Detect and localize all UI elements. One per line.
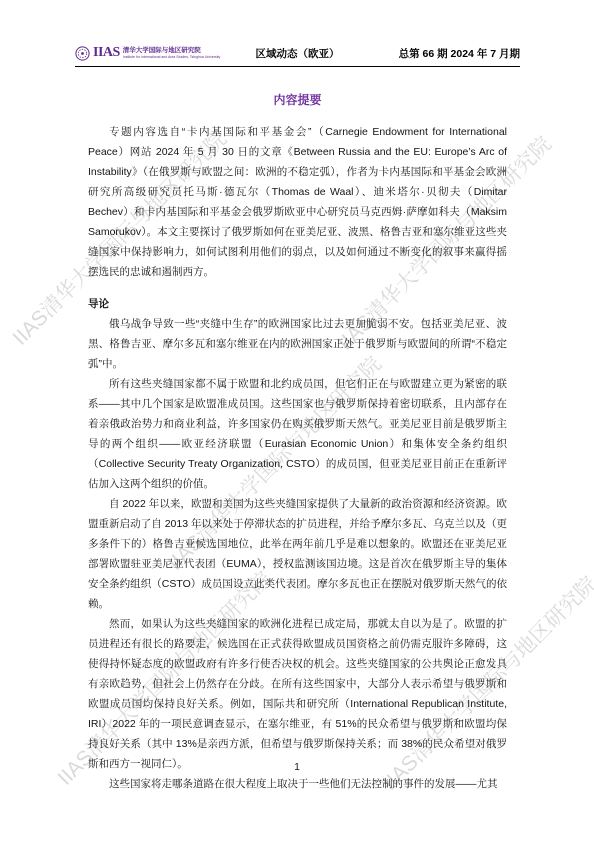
body-paragraph: 这些国家将走哪条道路在很大程度上取决于一些他们无法控制的事件的发展——尤其 [88, 774, 507, 794]
section-heading-introduction: 导论 [88, 294, 507, 314]
body-paragraph: 所有这些夹缝国家都不属于欧盟和北约成员国，但它们正在与欧盟建立更为紧密的联系——… [88, 374, 507, 494]
body-paragraph: 然而，如果认为这些夹缝国家的欧洲化进程已成定局，那就太自以为是了。欧盟的扩员进程… [88, 614, 507, 774]
page-number: 1 [294, 762, 300, 773]
document-body: 内容提要 专题内容选自“卡内基国际和平基金会”（Carnegie Endowme… [88, 92, 507, 794]
summary-paragraph: 专题内容选自“卡内基国际和平基金会”（Carnegie Endowment fo… [88, 122, 507, 282]
page-header: IIAS 清华大学国际与地区研究院 Institute for Internat… [75, 42, 520, 64]
body-paragraph: 自 2022 年以来，欧盟和美国为这些夹缝国家提供了大量新的政治资源和经济资源。… [88, 494, 507, 614]
document-page: IIAS清华大学国际与地区研究院IIAS清华大学国际与地区研究院IIAS清华大学… [0, 0, 594, 842]
body-paragraph: 俄乌战争导致一些“夹缝中生存”的欧洲国家比过去更加脆弱不安。包括亚美尼亚、波黑、… [88, 314, 507, 374]
header-rule [75, 66, 520, 67]
page-title: 内容提要 [88, 92, 507, 108]
page-footer: 1 [0, 762, 594, 773]
issue-info: 总第 66 期 2024 年 7 月期 [399, 46, 520, 61]
